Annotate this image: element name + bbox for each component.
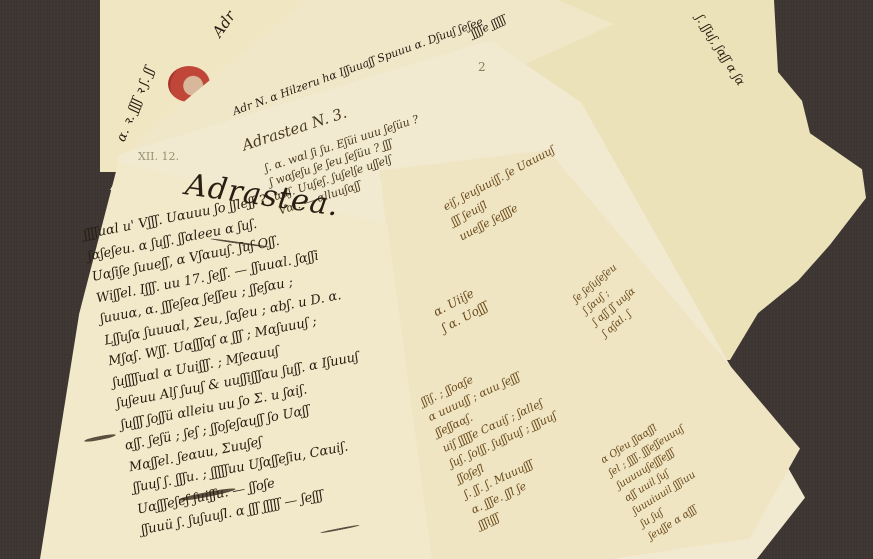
archival-mark: XII. 12. [138,150,179,163]
page-number: 2 [478,60,486,74]
